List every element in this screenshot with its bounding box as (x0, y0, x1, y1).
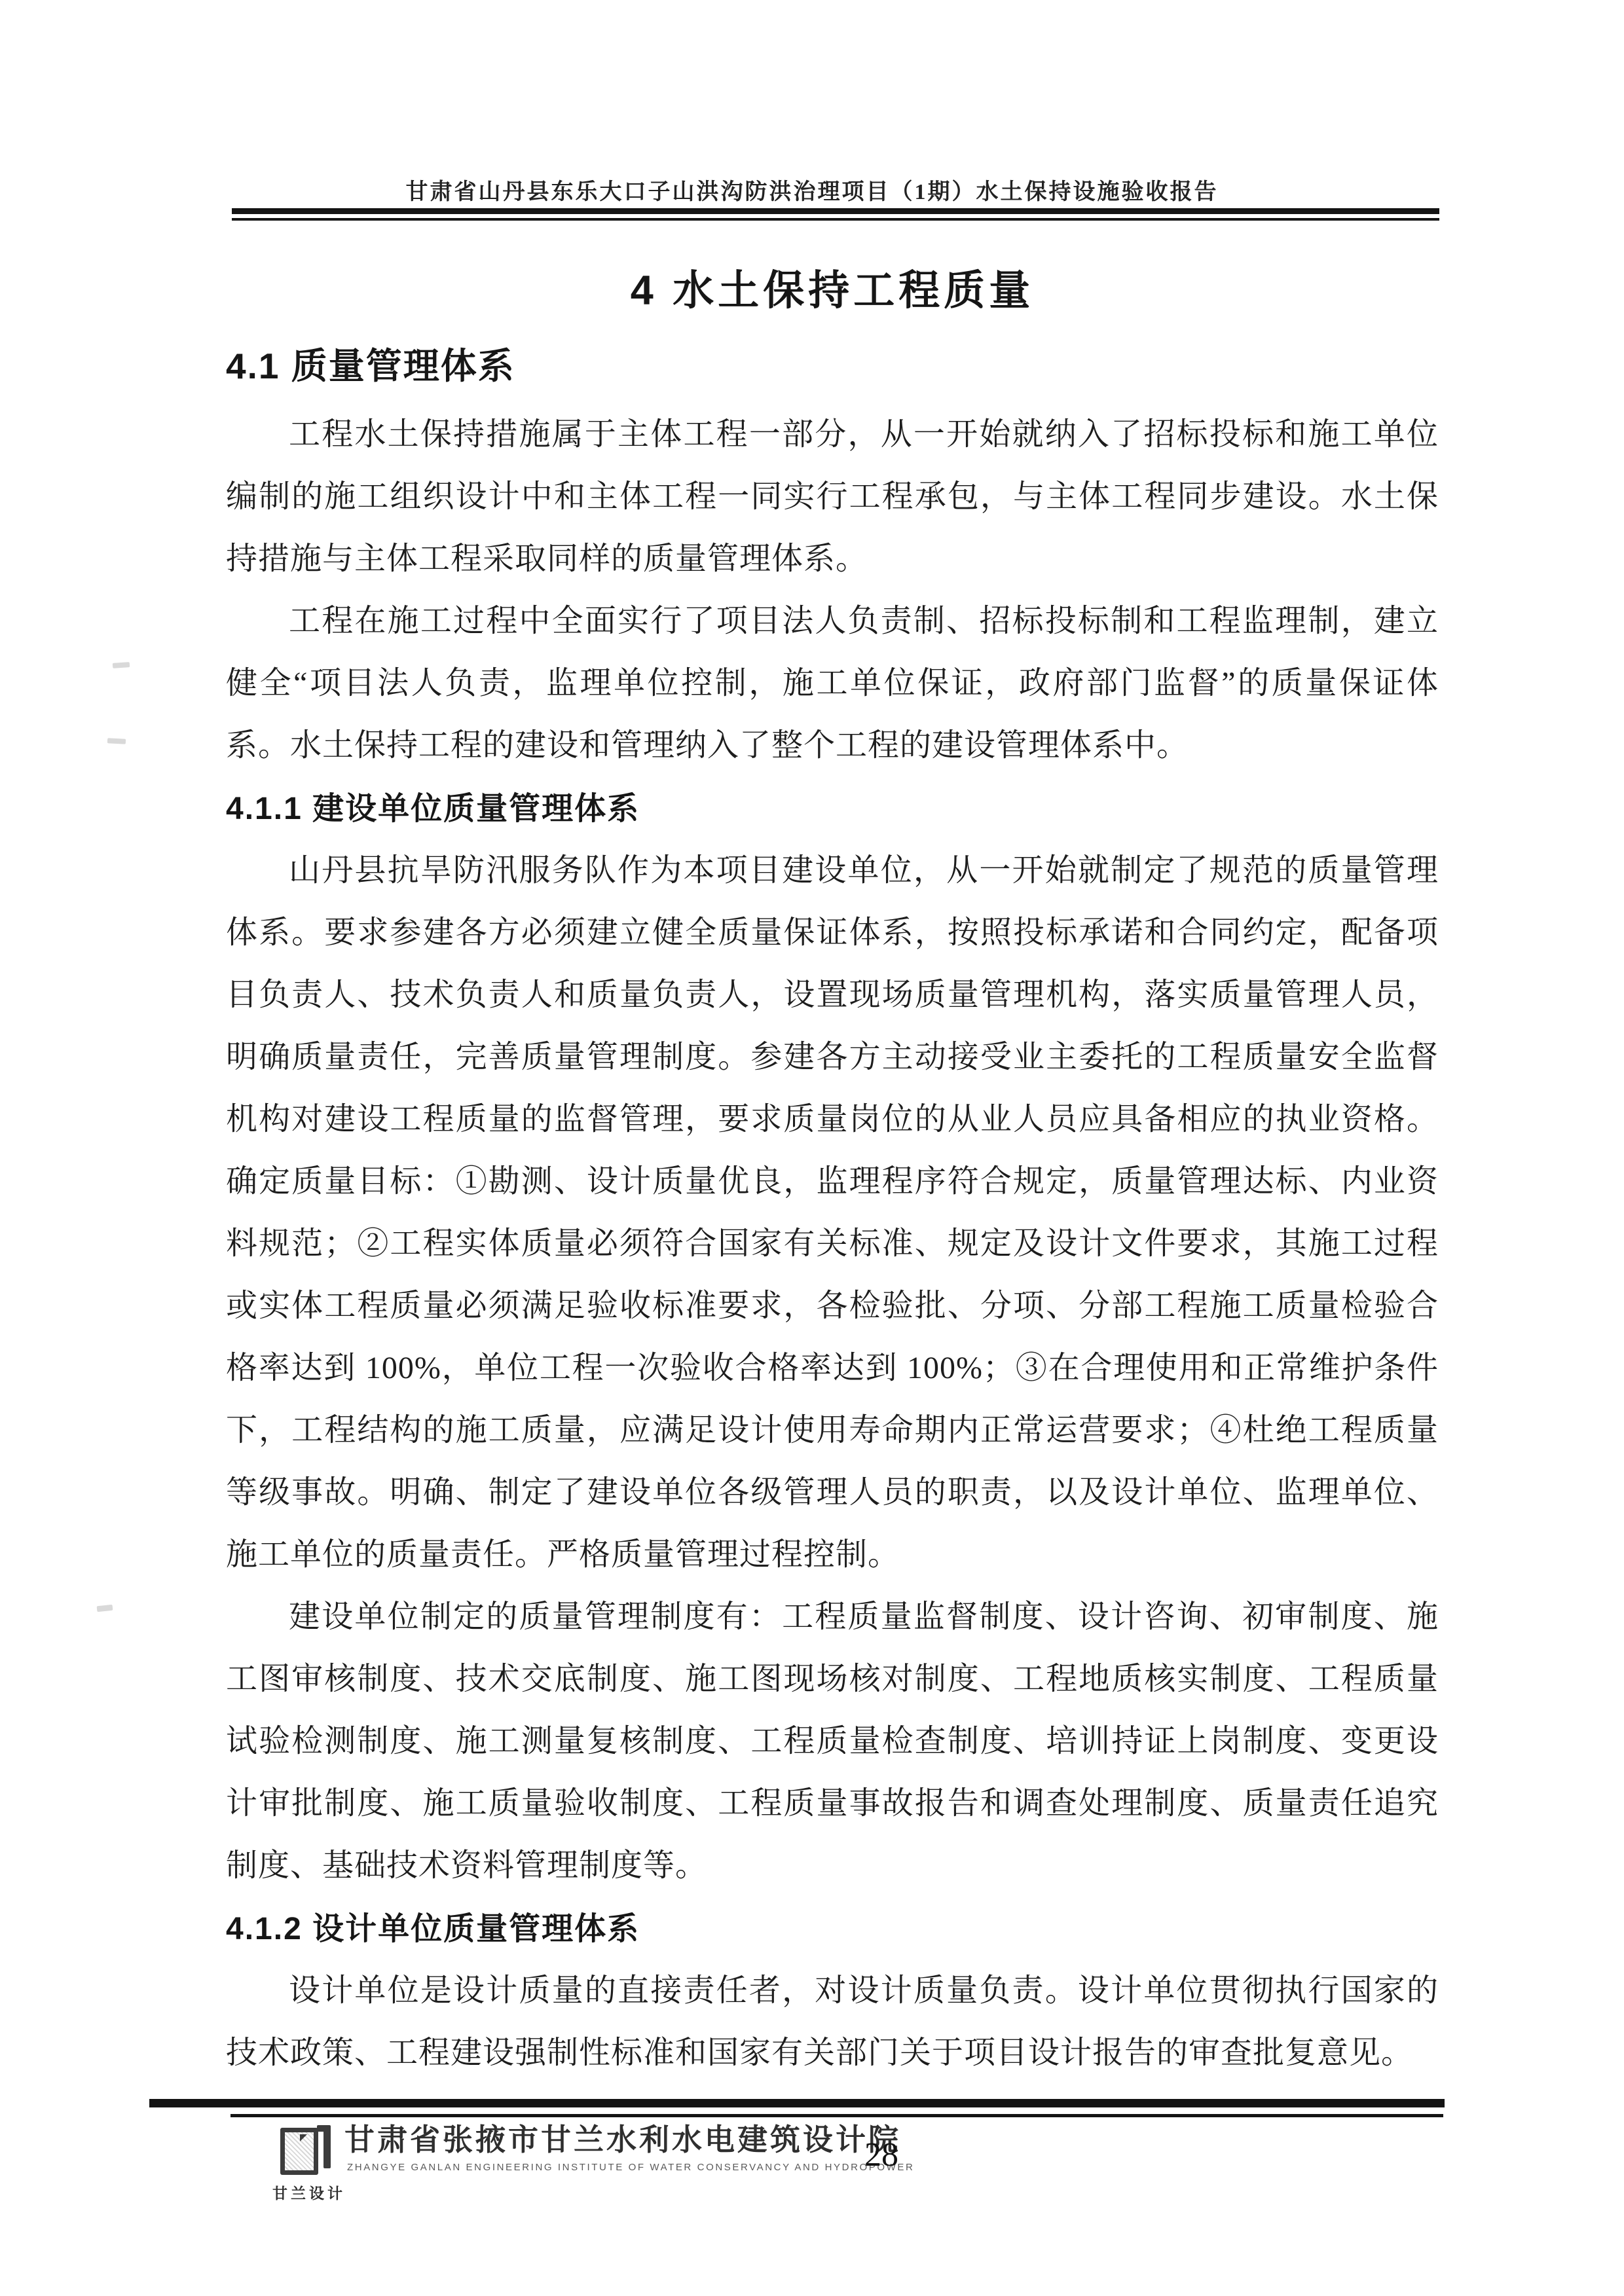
paragraph-designer-qms: 设计单位是设计质量的直接责任者，对设计质量负责。设计单位贯彻执行国家的技术政策、… (226, 1959, 1439, 2084)
logo-bar-shape (323, 2125, 331, 2168)
scan-artifact (113, 662, 130, 668)
page-header-title: 甘肃省山丹县东乐大口子山洪沟防洪治理项目（1期）水土保持设施验收报告 (0, 178, 1624, 207)
scan-artifact (107, 738, 126, 744)
paragraph-owner-qms: 山丹县抗旱防汛服务队作为本项目建设单位，从一开始就制定了规范的质量管理体系。要求… (226, 839, 1439, 1586)
logo-caption: 甘兰设计 (272, 2181, 351, 2203)
logo-box-shape (280, 2128, 318, 2175)
paragraph-owner-rules: 建设单位制定的质量管理制度有：工程质量监督制度、设计咨询、初审制度、施工图审核制… (226, 1586, 1439, 1897)
footer-company-name-en: ZHANGYE GANLAN ENGINEERING INSTITUTE OF … (347, 2162, 914, 2173)
paragraph-systems: 工程在施工过程中全面实行了项目法人负责制、招标投标制和工程监理制，建立健全“项目… (226, 590, 1439, 776)
document-page: 甘肃省山丹县东乐大口子山洪沟防洪治理项目（1期）水土保持设施验收报告 4 水土保… (0, 0, 1624, 2296)
page-number: 28 (864, 2136, 898, 2174)
footer-rule-thin (231, 2114, 1443, 2117)
footer-company-name: 甘肃省张掖市甘兰水利水电建筑设计院 (344, 2121, 901, 2158)
footer-rule-thick (149, 2099, 1445, 2107)
section-heading-4-1-1: 4.1.1 建设单位质量管理体系 (226, 786, 1439, 833)
logo-notch-shape (300, 2134, 307, 2141)
section-heading-4-1: 4.1 质量管理体系 (226, 339, 1439, 393)
header-rule-thick (232, 208, 1439, 214)
paragraph-measures: 工程水土保持措施属于主体工程一部分，从一开始就纳入了招标投标和施工单位编制的施工… (226, 403, 1439, 590)
header-rule-thin (232, 218, 1439, 221)
document-body: 4 水土保持工程质量 4.1 质量管理体系 工程水土保持措施属于主体工程一部分，… (226, 261, 1439, 2084)
section-heading-4-1-2: 4.1.2 设计单位质量管理体系 (226, 1906, 1439, 1953)
company-logo-icon (280, 2125, 337, 2178)
chapter-title: 4 水土保持工程质量 (226, 261, 1439, 321)
scan-artifact (97, 1605, 113, 1612)
